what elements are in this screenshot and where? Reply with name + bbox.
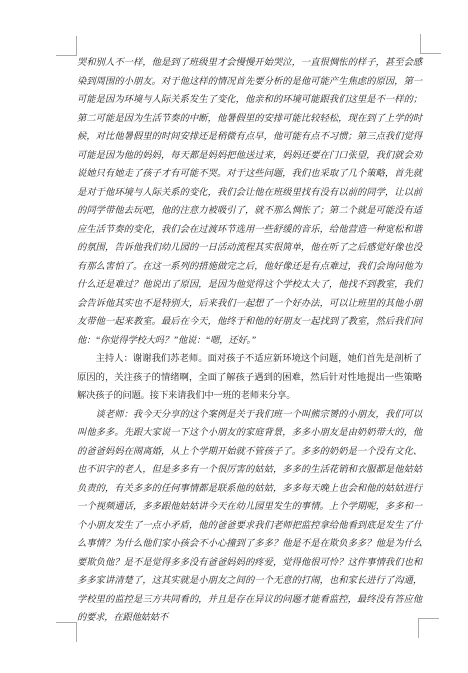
paragraph-su-teacher-speech: 哭和别人不一样，他是到了班级里才会慢慢开始哭泣，一直很惆怅的样子，甚至会感染到周… xyxy=(77,54,422,350)
page-text-area: 哭和别人不一样，他是到了班级里才会慢慢开始哭泣，一直很惆怅的样子，甚至会感染到周… xyxy=(77,54,422,628)
text-boundary-mark-bottom-left xyxy=(56,622,77,642)
text-boundary-mark-top-left xyxy=(56,36,77,56)
paragraph-tan-teacher-case: 谈老师：我今天分享的这个案例是关于我们班一个叫熊宗赟的小朋友，我们可以叫他多多。… xyxy=(77,406,422,628)
text-boundary-mark-top-right xyxy=(420,34,441,54)
document-page: 哭和别人不一样，他是到了班级里才会慢慢开始哭泣，一直很惆怅的样子，甚至会感染到周… xyxy=(0,0,468,673)
paragraph-host-remarks: 主持人：谢谢我们苏老师。面对孩子不适应新环境这个问题，她们首先是剖析了原因的，关… xyxy=(77,350,422,406)
